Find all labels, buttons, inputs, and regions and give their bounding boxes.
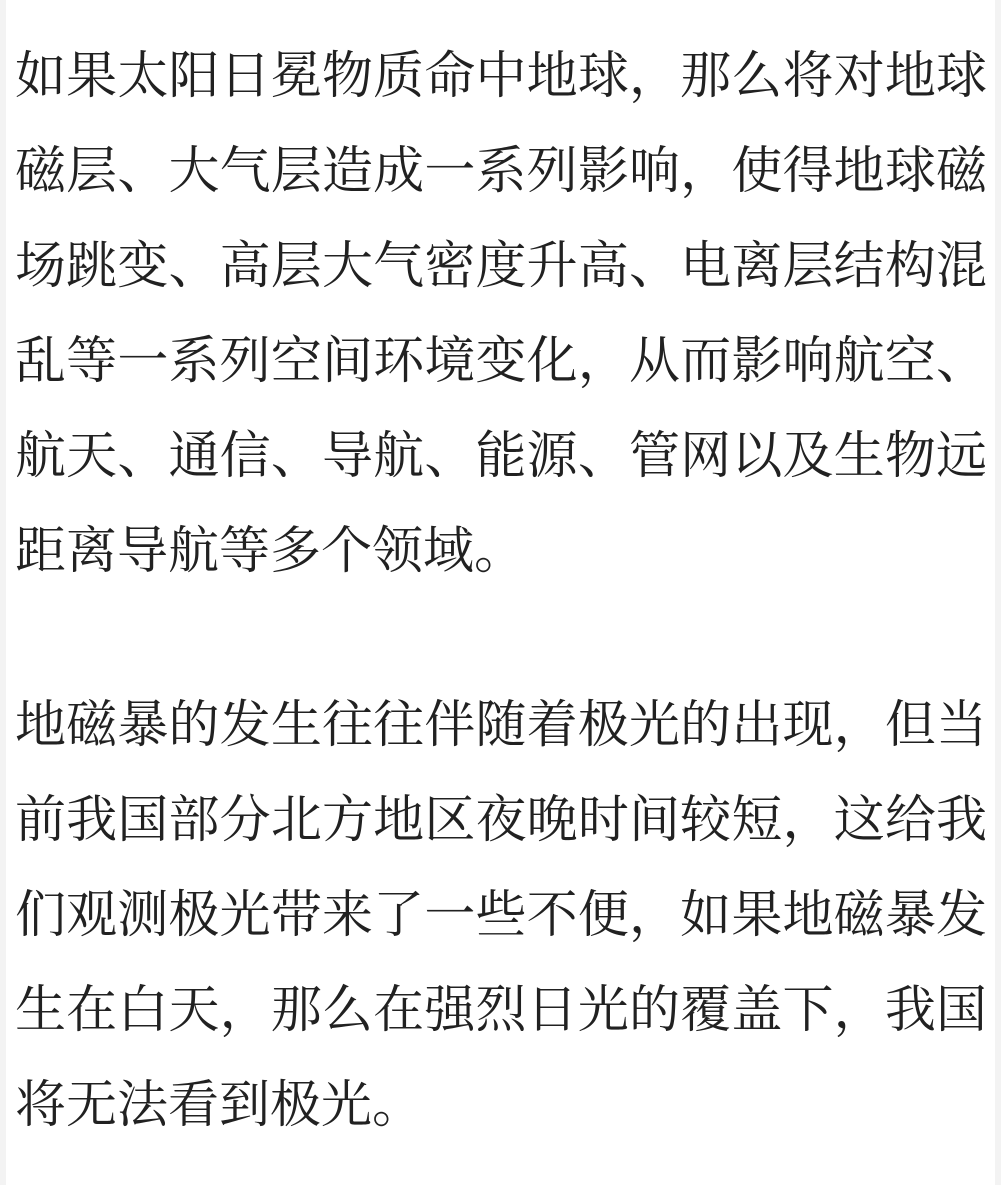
- paragraph-solar-impact: 如果太阳日冕物质命中地球，那么将对地球磁层、大气层造成一系列影响，使得地球磁场跳…: [15, 29, 987, 599]
- text-line: 如果太阳日冕物质命中地球，那么将对地球: [15, 29, 987, 124]
- text-line: 前我国部分北方地区夜晚时间较短，这给我: [15, 773, 987, 868]
- text-line: 场跳变、高层大气密度升高、电离层结构混: [15, 219, 987, 314]
- paragraph-aurora-observation: 地磁暴的发生往往伴随着极光的出现，但当前我国部分北方地区夜晚时间较短，这给我们观…: [15, 678, 987, 1153]
- text-line: 生在白天，那么在强烈日光的覆盖下，我国: [15, 963, 987, 1058]
- article-body: 如果太阳日冕物质命中地球，那么将对地球磁层、大气层造成一系列影响，使得地球磁场跳…: [0, 0, 1001, 1153]
- text-line: 将无法看到极光。: [15, 1058, 987, 1153]
- text-line: 乱等一系列空间环境变化，从而影响航空、: [15, 314, 987, 409]
- text-line: 航天、通信、导航、能源、管网以及生物远: [15, 409, 987, 504]
- text-line: 地磁暴的发生往往伴随着极光的出现，但当: [15, 678, 987, 773]
- text-line: 磁层、大气层造成一系列影响，使得地球磁: [15, 124, 987, 219]
- text-line: 们观测极光带来了一些不便，如果地磁暴发: [15, 868, 987, 963]
- text-line: 距离导航等多个领域。: [15, 504, 987, 599]
- article-page: { "page": { "background_color": "#ffffff…: [0, 0, 1001, 1185]
